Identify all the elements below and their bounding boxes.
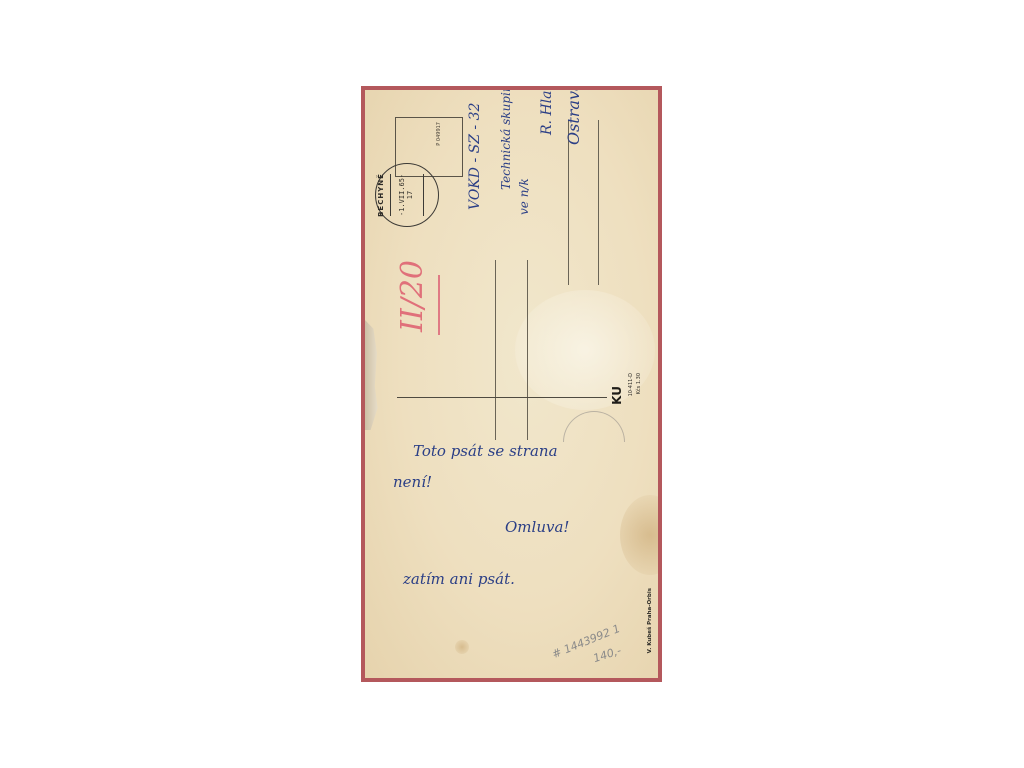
message-line-4: zatím ani psát. (403, 570, 515, 588)
price-code: Kčs 1.30 (636, 373, 642, 394)
message-line-3: Omluva! (505, 518, 569, 536)
address-line-4 (598, 120, 599, 285)
address-line5-text: Ostrava 1 (564, 90, 583, 145)
postmark-town: BECHYNĚ (377, 164, 385, 226)
address-line3-text: ve n/k (517, 178, 531, 215)
red-underline (438, 275, 440, 335)
publisher-credit: V. Kubeš Praha-Orbis (647, 588, 653, 653)
pencil-price: 140,- (592, 644, 623, 665)
torn-edge (365, 320, 379, 430)
address-line2-text: Technická skupina (499, 90, 513, 190)
postcard-paper: P 049917 -1.VII.65-17 BECHYNĚ II/20 VOKD… (365, 90, 658, 678)
address-line-1 (495, 260, 496, 440)
red-annotation: II/20 (395, 260, 430, 332)
water-stain (620, 495, 658, 575)
print-code: 10-411-D (628, 373, 634, 396)
message-address-divider (397, 397, 607, 398)
publisher-logo: KU (610, 386, 624, 405)
postmark-date: -1.VII.65-17 (398, 174, 414, 216)
address-line1-text: VOKD - SZ - 32 (467, 103, 483, 210)
message-line-1: Toto psát se strana (413, 442, 558, 460)
address-line4-text: R. Hlavička (539, 90, 555, 135)
address-line-2 (527, 260, 528, 440)
stamp-box-code: P 049917 (436, 122, 442, 146)
faint-postmark (563, 411, 625, 442)
postmark-date-band: -1.VII.65-17 (390, 174, 424, 216)
spot-stain (455, 640, 469, 654)
worn-area (515, 290, 655, 410)
postcard: P 049917 -1.VII.65-17 BECHYNĚ II/20 VOKD… (361, 86, 662, 682)
message-line-2: není! (393, 473, 432, 491)
postmark: -1.VII.65-17 BECHYNĚ (375, 163, 439, 227)
